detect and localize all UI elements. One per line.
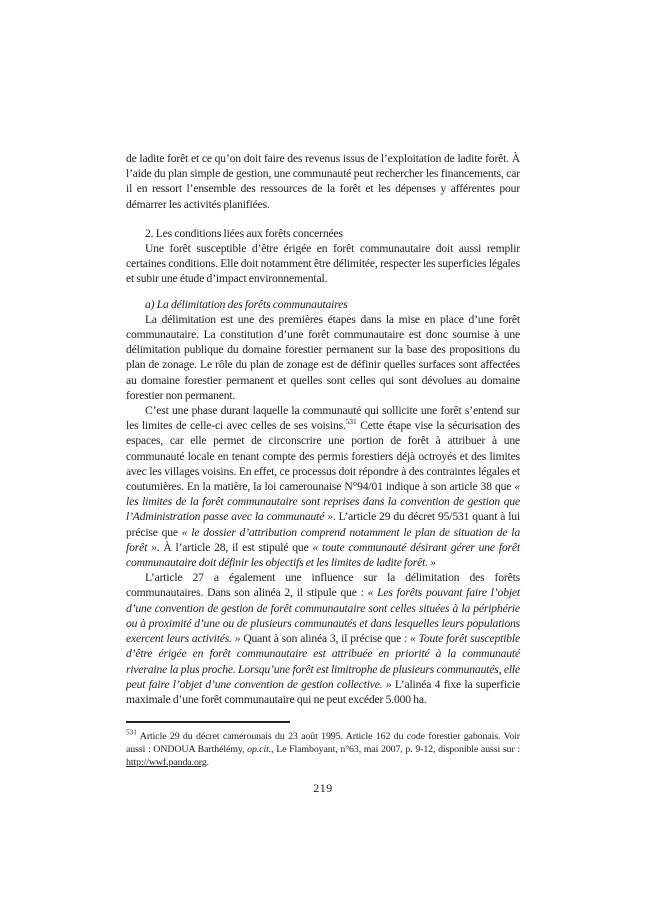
text-run: Quant à son alinéa 3, il précise que : <box>240 632 410 645</box>
footnote-marker: 531 <box>126 727 137 736</box>
footnote-area: 531 Article 29 du décret camerounais du … <box>126 721 520 769</box>
page-number: 219 <box>126 781 520 796</box>
text-run: . À l’article 28, il est stipulé que <box>157 541 313 554</box>
footnote-separator-rule <box>126 721 290 723</box>
footnote-reference: 531 <box>346 417 357 426</box>
section-heading-2: 2. Les conditions liées aux forêts conce… <box>126 226 520 241</box>
text-run: . <box>207 757 209 768</box>
document-page: de ladite forêt et ce qu’on doit faire d… <box>0 0 650 920</box>
text-run: , Le Flamboyant, n°63, mai 2007, p. 9-12… <box>271 744 520 755</box>
paragraph-article-27: L’article 27 a également une influence s… <box>126 570 520 707</box>
footnote-531: 531 Article 29 du décret camerounais du … <box>126 730 520 769</box>
subsection-heading-a: a) La délimitation des forêts communauta… <box>126 297 520 312</box>
paragraph-intro-continuation: de ladite forêt et ce qu’on doit faire d… <box>126 151 520 212</box>
page-text-column: de ladite forêt et ce qu’on doit faire d… <box>126 151 520 707</box>
paragraph-phase: C’est une phase durant laquelle la commu… <box>126 403 520 570</box>
paragraph-delimitation: La délimitation est une des premières ét… <box>126 312 520 403</box>
footnote-url-link[interactable]: http://wwf.panda.org <box>126 757 207 768</box>
opcit-italic: op.cit. <box>247 744 271 755</box>
paragraph-conditions: Une forêt susceptible d’être érigée en f… <box>126 241 520 287</box>
